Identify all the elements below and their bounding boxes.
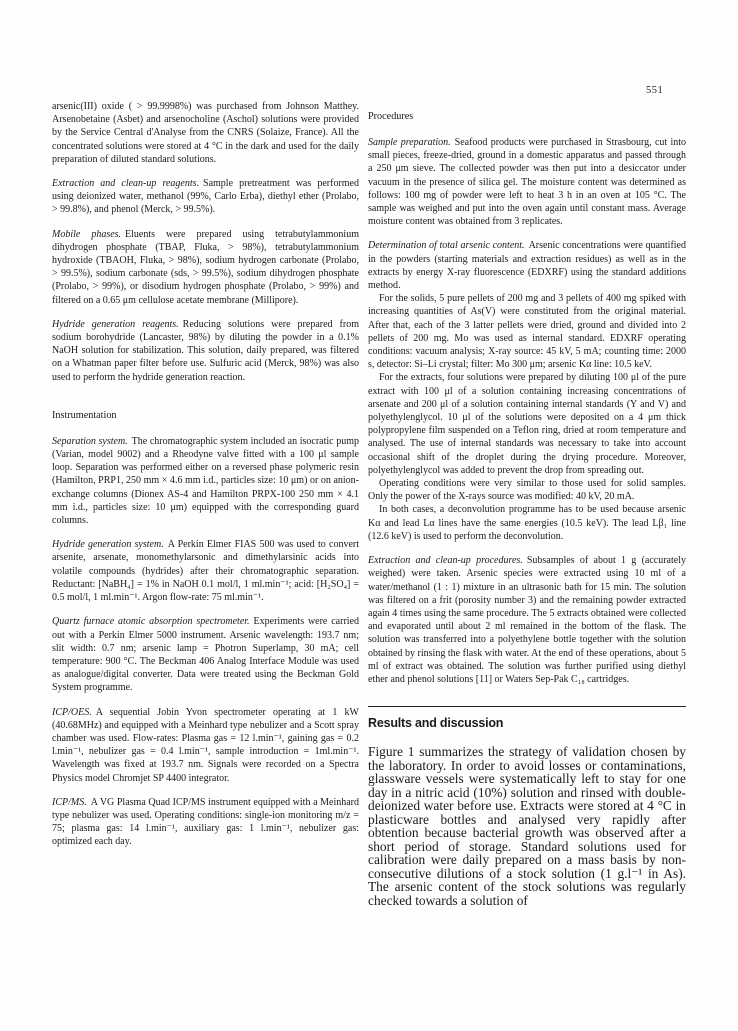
run-in-heading: Extraction and clean-up reagents. [52,178,203,189]
paragraph-extraction-cleanup-reagents: Extraction and clean-up reagents.Sample … [52,177,359,217]
paragraph-sample-preparation: Sample preparation.Seafood products were… [368,136,686,228]
run-in-heading: Sample preparation. [368,137,455,148]
paragraph-text: The chromatographic system included an i… [52,436,359,526]
section-heading-instrumentation: Instrumentation [52,410,359,421]
run-in-heading: ICP/OES. [52,707,96,718]
page-number: 551 [646,85,663,96]
run-in-heading: Extraction and clean-up procedures. [368,555,527,566]
paragraph-quartz-furnace-aas: Quartz furnace atomic absorption spectro… [52,615,359,694]
paragraph-extraction-cleanup-procedures: Extraction and clean-up procedures.Subsa… [368,554,686,686]
run-in-heading: Separation system. [52,436,132,447]
run-in-heading: ICP/MS. [52,797,91,808]
paragraph-text: A VG Plasma Quad ICP/MS instrument equip… [52,797,359,848]
section-divider-rule [368,706,686,707]
paragraph-solids-pellets: For the solids, 5 pure pellets of 200 mg… [368,292,686,371]
paragraph-reagents-continuation: arsenic(III) oxide ( > 99.9998%) was pur… [52,100,359,166]
paragraph-text: Eluents were prepared using tetrabutylam… [52,229,359,306]
run-in-heading: Determination of total arsenic content. [368,240,529,251]
paragraph-mobile-phases: Mobile phases.Eluents were prepared usin… [52,228,359,307]
paragraph-operating-conditions: Operating conditions were very similar t… [368,477,686,503]
section-heading-procedures: Procedures [368,111,686,122]
paragraph-text: Seafood products were purchased in Stras… [368,137,686,227]
paragraph-hydride-generation-reagents: Hydride generation reagents.Reducing sol… [52,318,359,384]
paragraph-icp-oes: ICP/OES.A sequential Jobin Yvon spectrom… [52,706,359,785]
paragraph-icp-ms: ICP/MS.A VG Plasma Quad ICP/MS instrumen… [52,796,359,849]
right-column: Procedures Sample preparation.Seafood pr… [368,111,686,907]
paper-page: 551 arsenic(III) oxide ( > 99.9998%) was… [0,0,738,1031]
paragraph-deconvolution: In both cases, a deconvolution programme… [368,503,686,543]
paragraph-total-arsenic-determination: Determination of total arsenic content.A… [368,239,686,292]
results-discussion-heading: Results and discussion [368,716,686,730]
run-in-heading: Hydride generation reagents. [52,319,183,330]
run-in-heading: Mobile phases. [52,229,125,240]
left-column: arsenic(III) oxide ( > 99.9998%) was pur… [52,100,359,849]
paragraph-text: Subsamples of about 1 g (accurately weig… [368,555,686,685]
paragraph-extracts-solutions: For the extracts, four solutions were pr… [368,371,686,477]
results-discussion-paragraph: Figure 1 summarizes the strategy of vali… [368,745,686,907]
run-in-heading: Hydride generation system. [52,539,168,550]
paragraph-separation-system: Separation system.The chromatographic sy… [52,435,359,527]
paragraph-text: Experiments were carried out with a Perk… [52,616,359,693]
paragraph-text: A sequential Jobin Yvon spectrometer ope… [52,707,359,784]
run-in-heading: Quartz furnace atomic absorption spectro… [52,616,254,627]
paragraph-hydride-generation-system: Hydride generation system.A Perkin Elmer… [52,538,359,604]
